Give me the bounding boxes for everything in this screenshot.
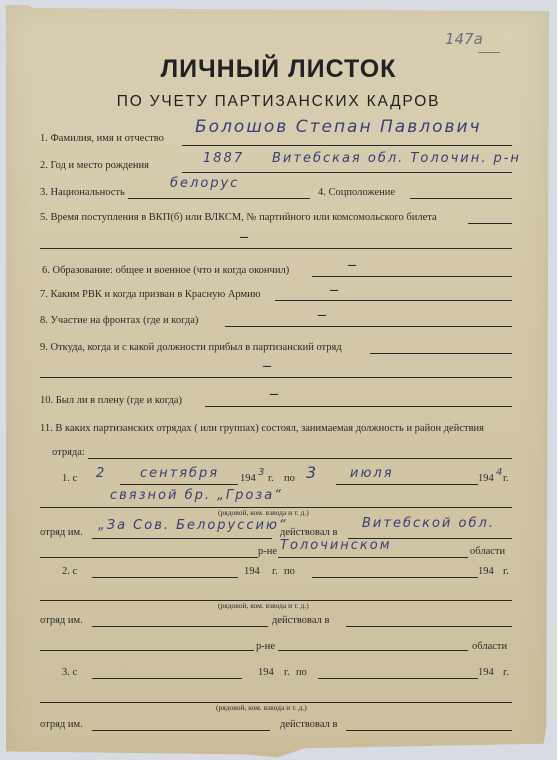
unit-3-from-year-prefix: 194: [258, 667, 274, 678]
field-7-line: [275, 300, 512, 301]
unit-1-otryad-name[interactable]: „За Сов. Белоруссию“: [98, 518, 288, 533]
unit-2-from-year-prefix: 194: [244, 566, 260, 577]
document-title: ЛИЧНЫЙ ЛИСТОК: [0, 55, 557, 84]
field-4-line: [410, 198, 512, 199]
unit-3-to-year-prefix: 194: [478, 667, 494, 678]
field-9-value[interactable]: –: [263, 357, 271, 375]
unit-2-acted-line: [346, 626, 512, 627]
archive-underline: [478, 52, 500, 53]
field-5-line-a: [468, 223, 512, 224]
unit-3-otryad-label: отряд им.: [40, 719, 83, 730]
unit-1-po: по: [284, 473, 295, 484]
unit-3-num: 3. с: [62, 667, 77, 678]
unit-1-oblast-label: области: [470, 546, 505, 557]
unit-2-g: г.: [272, 566, 278, 577]
unit-1-g: г.: [268, 473, 274, 484]
unit-2-from-line: [92, 577, 238, 578]
field-5-label: 5. Время поступления в ВКП(б) или ВЛКСМ,…: [40, 212, 437, 223]
unit-3-acted-label: действовал в: [280, 719, 337, 730]
unit-2-g2: г.: [503, 566, 509, 577]
unit-2-position-hint: (рядовой, ком. взвода и т. д.): [218, 601, 309, 610]
field-2-year[interactable]: 1887: [203, 151, 244, 166]
field-1-value[interactable]: Болошов Степан Павлович: [195, 117, 482, 137]
unit-1-to-line: [336, 484, 478, 485]
unit-2-acted-label: действовал в: [272, 615, 329, 626]
field-7-value[interactable]: –: [330, 281, 338, 299]
field-5-value[interactable]: –: [240, 228, 248, 246]
unit-3-g2: г.: [503, 667, 509, 678]
unit-3-to-line: [318, 678, 478, 679]
field-10-value[interactable]: –: [270, 385, 278, 403]
unit-3-g: г.: [284, 667, 290, 678]
unit-1-acted-label: действовал в: [280, 527, 337, 538]
unit-3-po: по: [296, 667, 307, 678]
field-4-label: 4. Соцположение: [318, 187, 395, 198]
document-subtitle: ПО УЧЕТУ ПАРТИЗАНСКИХ КАДРОВ: [0, 93, 557, 111]
field-11-label: 11. В каких партизанских отрядах ( или г…: [40, 423, 484, 434]
unit-3-otryad-line: [92, 730, 270, 731]
field-11-line: [88, 458, 512, 459]
unit-1-acted-value[interactable]: Витебской обл.: [362, 516, 495, 531]
field-10-label: 10. Был ли в плену (где и когда): [40, 395, 182, 406]
unit-2-rayon-line-a: [40, 650, 254, 651]
unit-1-otryad-label: отряд им.: [40, 527, 83, 538]
field-6-value[interactable]: –: [348, 256, 356, 274]
field-8-line: [225, 326, 512, 327]
field-9-line-a: [370, 353, 512, 354]
unit-2-rayon-label: р-не: [256, 641, 275, 652]
unit-1-otryad-line: [92, 538, 272, 539]
unit-2-oblast-label: области: [472, 641, 507, 652]
unit-2-rayon-line-b: [278, 650, 468, 651]
unit-2-po: по: [284, 566, 295, 577]
unit-2-to-year-prefix: 194: [478, 566, 494, 577]
unit-2-otryad-line: [92, 626, 268, 627]
field-5-line-b: [40, 248, 512, 249]
unit-1-to-day[interactable]: 3: [306, 463, 318, 482]
unit-1-from-year-prefix: 194: [240, 473, 256, 484]
unit-1-rayon-value[interactable]: Толочинском: [280, 538, 392, 553]
field-9-line-b: [40, 377, 512, 378]
field-2-label: 2. Год и место рождения: [40, 160, 149, 171]
unit-1-from-month[interactable]: сентября: [140, 466, 219, 481]
unit-2-to-line: [312, 577, 478, 578]
field-8-value[interactable]: –: [318, 306, 326, 324]
field-6-line: [312, 276, 512, 277]
unit-1-position[interactable]: связной бр. „Гроза“: [110, 488, 283, 503]
unit-1-rayon-line-b: [278, 557, 468, 558]
unit-1-from-line: [120, 484, 238, 485]
field-11-label-cont: отряда:: [52, 447, 85, 458]
unit-1-g2: г.: [503, 473, 509, 484]
field-2-place[interactable]: Витебская обл. Толочин. р-н: [272, 151, 521, 166]
field-7-label: 7. Каким РВК и когда призван в Красную А…: [40, 289, 261, 300]
unit-3-position-hint: (рядовой, ком. взвода и т. д.): [216, 703, 307, 712]
archive-number: 147а: [445, 30, 483, 48]
field-9-label: 9. Откуда, когда и с какой должности при…: [40, 342, 342, 353]
field-3-value[interactable]: белорус: [170, 176, 239, 191]
unit-1-from-day[interactable]: 2: [96, 466, 106, 481]
unit-3-from-line: [92, 678, 242, 679]
field-1-label: 1. Фамилия, имя и отчество: [40, 133, 164, 144]
unit-3-acted-line: [346, 730, 512, 731]
unit-2-num: 2. с: [62, 566, 77, 577]
field-8-label: 8. Участие на фронтах (где и когда): [40, 315, 198, 326]
unit-1-to-month[interactable]: июля: [350, 466, 394, 481]
field-6-label: 6. Образование: общее и военное (что и к…: [42, 265, 289, 276]
field-1-line: [182, 145, 512, 146]
unit-1-num: 1. с: [62, 473, 77, 484]
unit-1-rayon-line-a: [40, 557, 258, 558]
field-3-line: [128, 198, 310, 199]
unit-1-rayon-label: р-не: [258, 546, 277, 557]
unit-1-position-hint: (рядовой, ком. взвода и т. д.): [218, 508, 309, 517]
field-10-line: [205, 406, 512, 407]
field-2-line: [182, 172, 512, 173]
field-3-label: 3. Национальность: [40, 187, 125, 198]
unit-2-otryad-label: отряд им.: [40, 615, 83, 626]
unit-1-from-year-suffix[interactable]: 3: [258, 467, 266, 478]
unit-1-to-year-prefix: 194: [478, 473, 494, 484]
